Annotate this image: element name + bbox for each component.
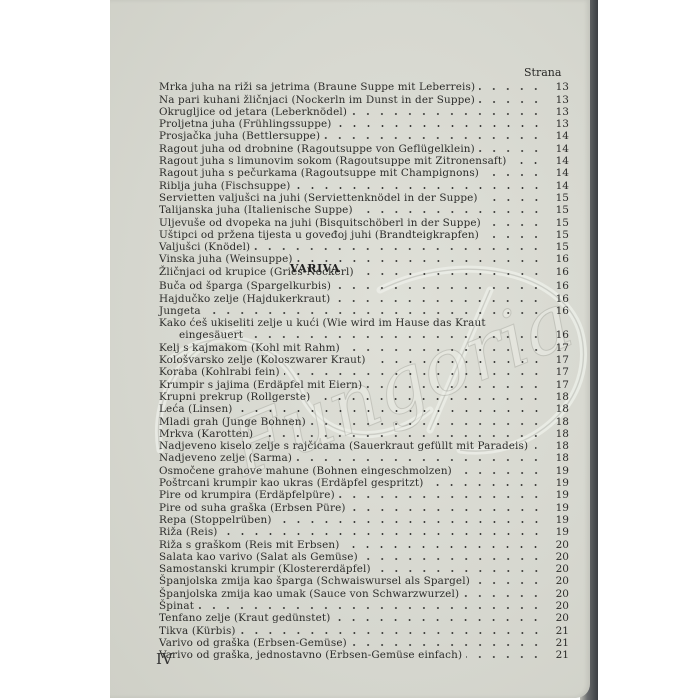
toc-entry: Nadjeveno kiselo zelje s rajčicama (Saue… bbox=[159, 440, 569, 452]
entry-page-number: 14 bbox=[549, 143, 569, 155]
entry-title: Riblja juha (Fischsuppe) bbox=[159, 180, 291, 192]
dot-leader bbox=[284, 373, 543, 375]
entry-page-number: 18 bbox=[549, 440, 569, 452]
toc-entry: Osmočene grahove mahune (Bohnen eingesch… bbox=[159, 464, 569, 476]
entry-page-number: 18 bbox=[549, 428, 569, 440]
dot-leader bbox=[483, 236, 543, 238]
entry-title: Samostanski krumpir (Klostererdäpfel) bbox=[159, 563, 371, 575]
dot-leader bbox=[485, 224, 543, 226]
toc-entry: Jungeta16 bbox=[159, 305, 569, 317]
dot-leader bbox=[474, 582, 543, 584]
dot-leader bbox=[334, 300, 543, 302]
toc-entry: Krumpir s jajima (Erdäpfel mit Eiern)17 bbox=[159, 378, 569, 390]
entry-title: eingesäuert bbox=[159, 329, 243, 341]
entry-page-number: 19 bbox=[549, 477, 569, 489]
entry-page-number: 15 bbox=[549, 229, 569, 241]
entry-title: Mrkva (Karotten) bbox=[159, 428, 253, 440]
entry-page-number: 16 bbox=[549, 329, 569, 341]
dot-leader bbox=[295, 187, 543, 189]
dot-leader bbox=[351, 113, 543, 115]
entry-page-number: 19 bbox=[549, 489, 569, 501]
dot-leader bbox=[296, 459, 543, 461]
entry-page-number: 19 bbox=[549, 526, 569, 538]
toc-entry: Hajdučko zelje (Hajdukerkraut)16 bbox=[159, 292, 569, 304]
toc-entry: Varivo od graška, jednostavno (Erbsen-Ge… bbox=[159, 649, 569, 661]
entry-title: Ragout juha od drobnine (Ragoutsuppe von… bbox=[159, 143, 475, 155]
dot-leader bbox=[479, 88, 543, 90]
entry-page-number: 20 bbox=[549, 600, 569, 612]
toc-entry: Uštipci od pržena tijesta u goveđoj juhi… bbox=[159, 229, 569, 241]
entry-title: Nadjeveno zelje (Sarma) bbox=[159, 452, 292, 464]
entry-title: Prosjačka juha (Bettlersuppe) bbox=[159, 130, 320, 142]
dot-leader bbox=[198, 607, 543, 609]
entry-title: Na pari kuhani žličnjaci (Nockerln im Du… bbox=[159, 94, 475, 106]
toc-entry: Leća (Linsen)18 bbox=[159, 403, 569, 415]
toc-entry: Riža (Reis)19 bbox=[159, 526, 569, 538]
dot-leader bbox=[314, 398, 543, 400]
entry-page-number: 18 bbox=[549, 391, 569, 403]
toc-entry: Ragout juha s pečurkama (Ragoutsuppe mit… bbox=[159, 167, 569, 179]
entry-title: Špinat bbox=[159, 600, 194, 612]
entry-title: Talijanska juha (Italienische Suppe) bbox=[159, 204, 353, 216]
entry-page-number: 19 bbox=[549, 514, 569, 526]
entry-page-number: 20 bbox=[549, 563, 569, 575]
page-number: IV bbox=[156, 650, 173, 668]
toc-entry: Kako ćeš ukiseliti zelje u kući (Wie wir… bbox=[159, 317, 569, 329]
section-title-variva: VARIVA bbox=[110, 262, 520, 275]
dot-leader bbox=[339, 496, 543, 498]
toc-entry: Talijanska juha (Italienische Suppe)15 bbox=[159, 204, 569, 216]
toc-entry: Varivo od graška (Erbsen-Gemüse)21 bbox=[159, 637, 569, 649]
entry-title: Uljevuše od dvopeka na juhi (Bisquitschö… bbox=[159, 217, 481, 229]
toc-entry: Buča od šparga (Spargelkurbis)16 bbox=[159, 280, 569, 292]
toc-entry: Mladi grah (Junge Bohnen)18 bbox=[159, 415, 569, 427]
toc-entry: Salata kao varivo (Salat als Gemüse)20 bbox=[159, 551, 569, 563]
entry-page-number: 15 bbox=[549, 192, 569, 204]
toc-entry: Poštrcani krumpir kao ukras (Erdäpfel ge… bbox=[159, 477, 569, 489]
entry-title: Ragout juha s pečurkama (Ragoutsuppe mit… bbox=[159, 167, 479, 179]
entry-title: Kako ćeš ukiseliti zelje u kući (Wie wir… bbox=[159, 317, 486, 329]
toc-entry: Mrkva (Karotten)18 bbox=[159, 428, 569, 440]
toc-entry: Riža s graškom (Reis mit Erbsen)20 bbox=[159, 538, 569, 550]
toc-entry: Tenfano zelje (Kraut gedünstet)20 bbox=[159, 612, 569, 624]
toc-entry: Pire od suha graška (Erbsen Püre)19 bbox=[159, 501, 569, 513]
dot-leader bbox=[254, 248, 543, 250]
entry-title: Španjolska zmija kao šparga (Schwaiswurs… bbox=[159, 575, 470, 587]
entry-page-number: 16 bbox=[549, 253, 569, 265]
toc-entry: Na pari kuhani žličnjaci (Nockerln im Du… bbox=[159, 93, 569, 105]
dot-leader bbox=[357, 211, 543, 213]
entry-title: Pire od suha graška (Erbsen Püre) bbox=[159, 502, 346, 514]
entry-page-number: 14 bbox=[549, 167, 569, 179]
dot-leader bbox=[482, 199, 543, 201]
book-page: Fungoria Strana Mrka juha na riži sa jet… bbox=[110, 0, 590, 698]
entry-title: Hajdučko zelje (Hajdukerkraut) bbox=[159, 293, 330, 305]
toc-entry: Servietten valjušci na juhi (Serviettenk… bbox=[159, 192, 569, 204]
dot-leader bbox=[237, 410, 543, 412]
variva-list: Buča od šparga (Spargelkurbis)16Hajdučko… bbox=[159, 280, 569, 661]
entry-page-number: 20 bbox=[549, 588, 569, 600]
entry-page-number: 14 bbox=[549, 155, 569, 167]
entry-page-number: 13 bbox=[549, 81, 569, 93]
dot-leader bbox=[324, 137, 543, 139]
entry-title: Uštipci od pržena tijesta u goveđoj juhi… bbox=[159, 229, 479, 241]
entry-title: Riža (Reis) bbox=[159, 526, 218, 538]
entry-page-number: 15 bbox=[549, 241, 569, 253]
toc-entry: Mrka juha na riži sa jetrima (Braune Sup… bbox=[159, 81, 569, 93]
entry-title: Mrka juha na riži sa jetrima (Braune Sup… bbox=[159, 81, 475, 93]
toc-entry: Valjušci (Knödel)15 bbox=[159, 241, 569, 253]
dot-leader bbox=[344, 349, 543, 351]
entry-page-number: 16 bbox=[549, 280, 569, 292]
dot-leader bbox=[247, 336, 543, 338]
entry-title: Varivo od graška, jednostavno (Erbsen-Ge… bbox=[159, 649, 462, 661]
soups-list: Mrka juha na riži sa jetrima (Braune Sup… bbox=[159, 81, 569, 278]
entry-title: Valjušci (Knödel) bbox=[159, 241, 250, 253]
toc-entry: Ragout juha od drobnine (Ragoutsuppe von… bbox=[159, 142, 569, 154]
entry-title: Mladi grah (Junge Bohnen) bbox=[159, 416, 306, 428]
dot-leader bbox=[351, 644, 543, 646]
toc-entry: Krupni prekrup (Rollgerste)18 bbox=[159, 391, 569, 403]
toc-entry: Prosjačka juha (Bettlersuppe)14 bbox=[159, 130, 569, 142]
entry-title: Poštrcani krumpir kao ukras (Erdäpfel ge… bbox=[159, 477, 423, 489]
dot-leader bbox=[350, 509, 543, 511]
dot-leader bbox=[205, 312, 543, 314]
dot-leader bbox=[343, 546, 543, 548]
entry-title: Krumpir s jajima (Erdäpfel mit Eiern) bbox=[159, 379, 362, 391]
entry-page-number: 17 bbox=[549, 342, 569, 354]
toc-entry: Španjolska zmija kao umak (Sauce von Sch… bbox=[159, 587, 569, 599]
entry-title: Buča od šparga (Spargelkurbis) bbox=[159, 280, 331, 292]
entry-title: Španjolska zmija kao umak (Sauce von Sch… bbox=[159, 588, 459, 600]
dot-leader bbox=[466, 656, 543, 658]
entry-page-number: 15 bbox=[549, 204, 569, 216]
toc-entry: Tikva (Kürbis)21 bbox=[159, 624, 569, 636]
dot-leader bbox=[532, 447, 543, 449]
entry-page-number: 17 bbox=[549, 379, 569, 391]
entry-page-number: 19 bbox=[549, 502, 569, 514]
dot-leader bbox=[310, 423, 543, 425]
dot-leader bbox=[276, 521, 543, 523]
entry-page-number: 18 bbox=[549, 416, 569, 428]
entry-page-number: 21 bbox=[549, 625, 569, 637]
entry-title: Ragout juha s limunovim sokom (Ragoutsup… bbox=[159, 155, 506, 167]
toc-entry: Ragout juha s limunovim sokom (Ragoutsup… bbox=[159, 155, 569, 167]
toc-entry: eingesäuert16 bbox=[159, 329, 569, 341]
entry-page-number: 17 bbox=[549, 366, 569, 378]
toc-entry: Samostanski krumpir (Klostererdäpfel)20 bbox=[159, 563, 569, 575]
entry-page-number: 13 bbox=[549, 106, 569, 118]
entry-page-number: 17 bbox=[549, 354, 569, 366]
entry-title: Proljetna juha (Frühlingssuppe) bbox=[159, 118, 332, 130]
entry-title: Tenfano zelje (Kraut gedünstet) bbox=[159, 612, 330, 624]
dot-leader bbox=[463, 595, 543, 597]
entry-page-number: 18 bbox=[549, 403, 569, 415]
entry-page-number: 20 bbox=[549, 539, 569, 551]
entry-page-number: 14 bbox=[549, 130, 569, 142]
entry-page-number: 20 bbox=[549, 551, 569, 563]
toc-entry: Uljevuše od dvopeka na juhi (Bisquitschö… bbox=[159, 216, 569, 228]
toc-entry: Pire od krumpira (Erdäpfelpüre)19 bbox=[159, 489, 569, 501]
dot-leader bbox=[479, 150, 543, 152]
entry-title: Tikva (Kürbis) bbox=[159, 625, 236, 637]
entry-title: Osmočene grahove mahune (Bohnen eingesch… bbox=[159, 465, 452, 477]
dot-leader bbox=[483, 174, 543, 176]
entry-title: Varivo od graška (Erbsen-Gemüse) bbox=[159, 637, 347, 649]
entry-title: Repa (Stoppelrüben) bbox=[159, 514, 272, 526]
toc-entry: Riblja juha (Fischsuppe)14 bbox=[159, 179, 569, 191]
entry-title: Koraba (Kohlrabi fein) bbox=[159, 366, 280, 378]
entry-title: Kološvarsko zelje (Koloszwarer Kraut) bbox=[159, 354, 366, 366]
dot-leader bbox=[427, 484, 543, 486]
toc-entry: Špinat20 bbox=[159, 600, 569, 612]
entry-page-number: 19 bbox=[549, 465, 569, 477]
dot-leader bbox=[456, 472, 543, 474]
entry-title: Leća (Linsen) bbox=[159, 403, 233, 415]
toc-entry: Kološvarsko zelje (Koloszwarer Kraut)17 bbox=[159, 354, 569, 366]
entry-title: Salata kao varivo (Salat als Gemüse) bbox=[159, 551, 358, 563]
entry-title: Jungeta bbox=[159, 305, 201, 317]
entry-title: Krupni prekrup (Rollgerste) bbox=[159, 391, 310, 403]
toc-entry: Okrugljice od jetara (Leberknödel)13 bbox=[159, 106, 569, 118]
dot-leader bbox=[479, 101, 543, 103]
entry-page-number: 14 bbox=[549, 180, 569, 192]
toc-entry: Nadjeveno zelje (Sarma)18 bbox=[159, 452, 569, 464]
dot-leader bbox=[335, 287, 543, 289]
entry-page-number: 16 bbox=[549, 266, 569, 278]
entry-title: Pire od krumpira (Erdäpfelpüre) bbox=[159, 489, 335, 501]
entry-page-number: 18 bbox=[549, 452, 569, 464]
dot-leader bbox=[334, 619, 543, 621]
entry-page-number: 16 bbox=[549, 293, 569, 305]
entry-title: Riža s graškom (Reis mit Erbsen) bbox=[159, 539, 339, 551]
column-header-page: Strana bbox=[524, 66, 561, 79]
dot-leader bbox=[336, 125, 544, 127]
entry-page-number: 15 bbox=[549, 217, 569, 229]
dot-leader bbox=[375, 570, 543, 572]
dot-leader bbox=[240, 632, 543, 634]
entry-page-number: 21 bbox=[549, 637, 569, 649]
entry-page-number: 20 bbox=[549, 612, 569, 624]
entry-title: Nadjeveno kiselo zelje s rajčicama (Saue… bbox=[159, 440, 528, 452]
toc-entry: Koraba (Kohlrabi fein)17 bbox=[159, 366, 569, 378]
dot-leader bbox=[366, 386, 543, 388]
entry-title: Okrugljice od jetara (Leberknödel) bbox=[159, 106, 347, 118]
entry-page-number: 16 bbox=[549, 305, 569, 317]
entry-title: Servietten valjušci na juhi (Serviettenk… bbox=[159, 192, 478, 204]
entry-page-number: 21 bbox=[549, 649, 569, 661]
entry-page-number: 13 bbox=[549, 94, 569, 106]
entry-page-number: 20 bbox=[549, 575, 569, 587]
toc-entry: Proljetna juha (Frühlingssuppe)13 bbox=[159, 118, 569, 130]
dot-leader bbox=[362, 558, 543, 560]
toc-entry: Kelj s kajmakom (Kohl mit Rahm)17 bbox=[159, 341, 569, 353]
dot-leader bbox=[370, 361, 543, 363]
entry-title: Kelj s kajmakom (Kohl mit Rahm) bbox=[159, 342, 340, 354]
dot-leader bbox=[257, 435, 543, 437]
dot-leader bbox=[222, 533, 543, 535]
dot-leader bbox=[510, 162, 543, 164]
toc-entry: Španjolska zmija kao šparga (Schwaiswurs… bbox=[159, 575, 569, 587]
toc-entry: Repa (Stoppelrüben)19 bbox=[159, 514, 569, 526]
entry-page-number: 13 bbox=[549, 118, 569, 130]
